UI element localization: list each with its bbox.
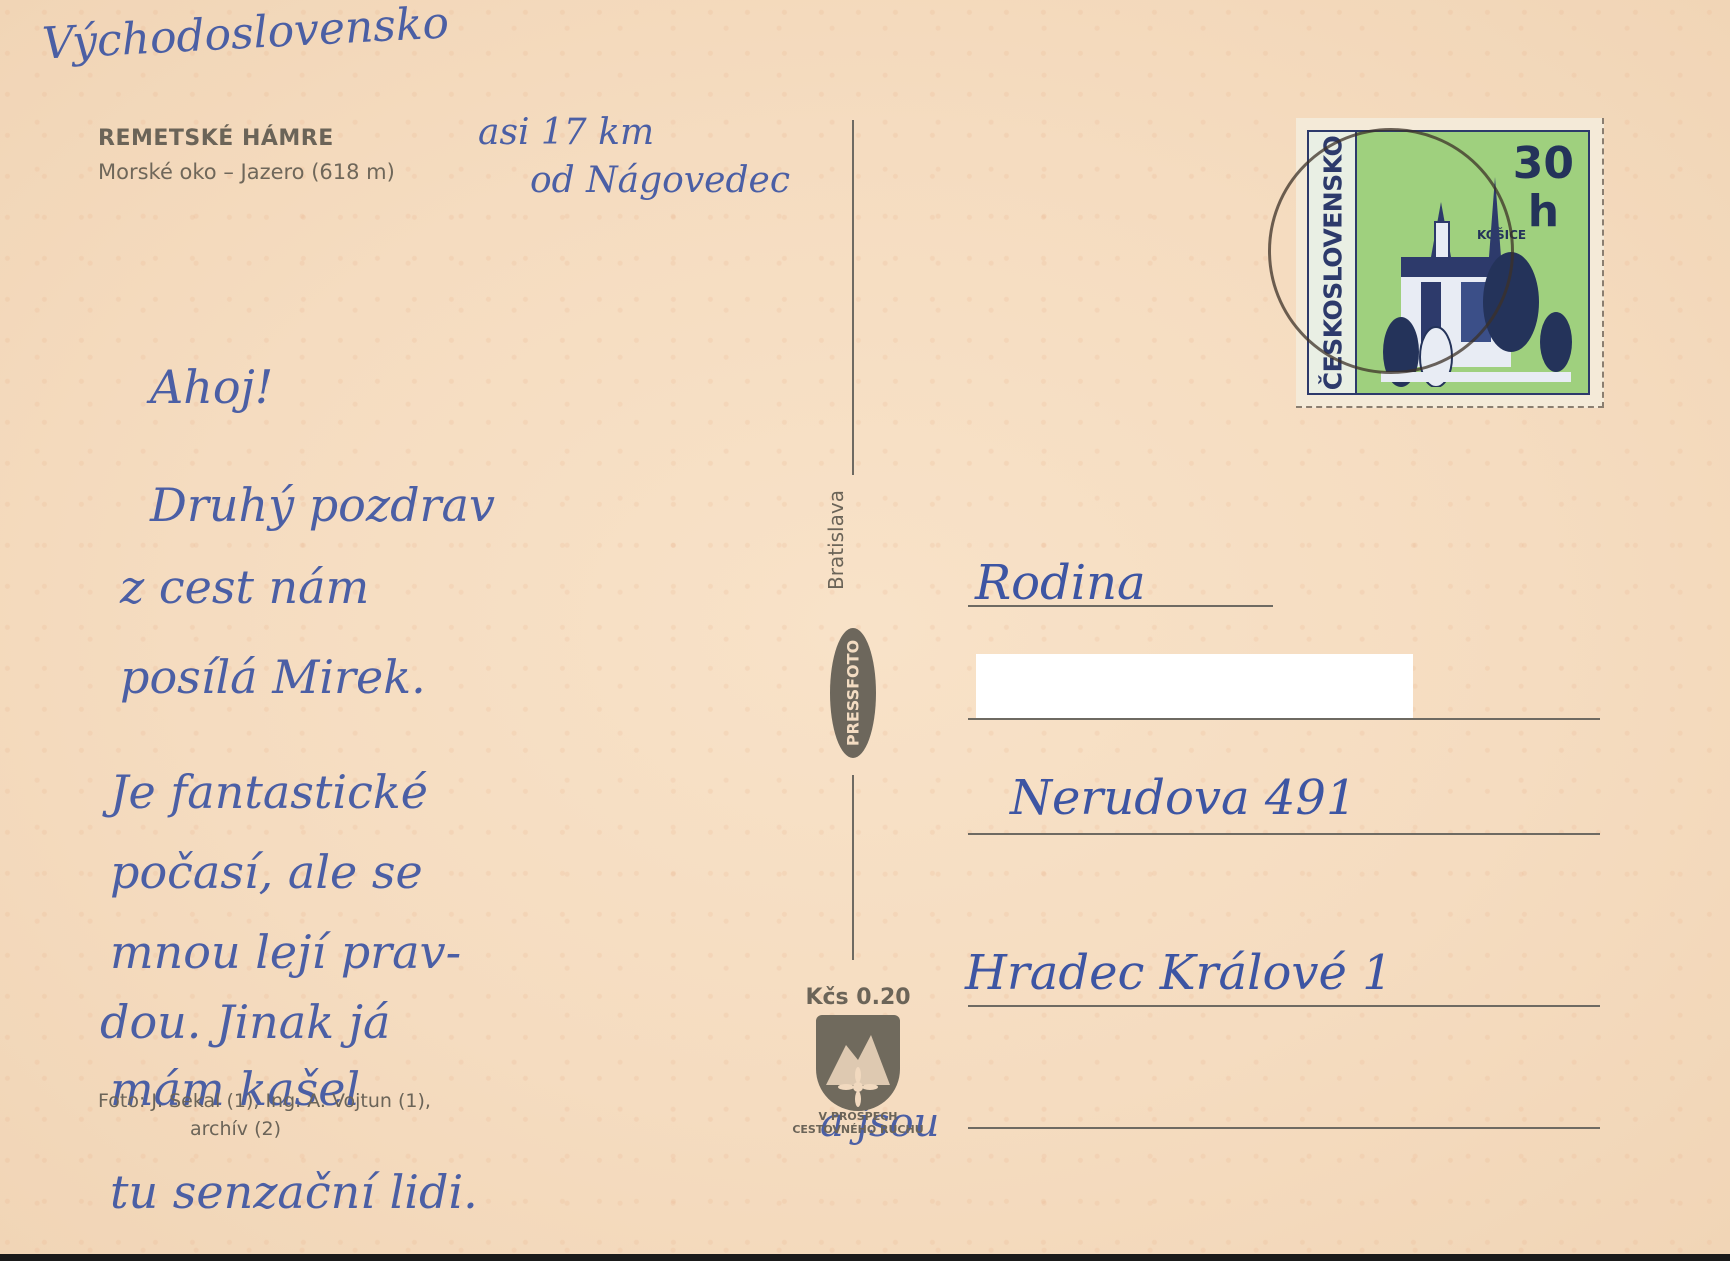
message-line: Je fantastické — [110, 765, 428, 819]
handwritten-distance-note-1: asi 17 km — [478, 112, 654, 153]
message-line: Druhý pozdrav — [150, 478, 495, 532]
message-line: posílá Mirek. — [120, 650, 426, 704]
mountain-edelweiss-shield-icon — [816, 1015, 900, 1111]
address-rule-5 — [968, 1127, 1600, 1129]
publisher-city: Bratislava — [824, 490, 848, 590]
address-rule-4 — [968, 1005, 1600, 1007]
fee-price: Kčs 0.20 — [778, 985, 938, 1010]
pressfoto-logo-icon: PRESSFOTO — [830, 628, 876, 758]
address-line-1: Rodina — [975, 555, 1146, 611]
message-line: Ahoj! — [150, 360, 273, 414]
circular-postmark-icon — [1268, 128, 1514, 374]
message-line: počasí, ale se — [110, 845, 423, 899]
message-line: dou. Jinak já — [100, 995, 390, 1049]
center-divider-top — [852, 120, 854, 475]
handwritten-distance-note-2: od Nágovedec — [530, 160, 790, 201]
scan-edge — [0, 1254, 1730, 1261]
address-line-3: Nerudova 491 — [1010, 770, 1357, 826]
message-line: tu senzační lidi. — [110, 1165, 478, 1219]
message-line: z cest nám — [120, 560, 369, 614]
fee-caption: V PROSPECH CESTOVNÉHO RUCHU — [778, 1110, 938, 1136]
center-divider-bottom — [852, 775, 854, 960]
photo-credit-archive: archív (2) — [190, 1118, 281, 1140]
address-rule-2 — [968, 718, 1600, 720]
redacted-address-line — [976, 654, 1413, 718]
postcard-subtitle: Morské oko – Jazero (618 m) — [98, 160, 395, 184]
tourism-fee-emblem: Kčs 0.20 V PROSPECH CESTOVNÉHO RUCHU — [778, 985, 938, 1125]
message-line: mnou lejí prav- — [110, 925, 461, 979]
pressfoto-logo-text: PRESSFOTO — [844, 640, 863, 746]
postcard-title: REMETSKÉ HÁMRE — [98, 126, 334, 151]
address-rule-3 — [968, 833, 1600, 835]
handwritten-region-note: Východoslovensko — [41, 0, 450, 70]
address-rule-1 — [968, 605, 1273, 607]
photo-credit: Foto: J. Sekal (1), Ing. A. Vojtun (1), — [98, 1090, 431, 1112]
address-line-4: Hradec Králové 1 — [965, 945, 1393, 1001]
postcard-back: Východoslovensko REMETSKÉ HÁMRE Morské o… — [0, 0, 1730, 1254]
